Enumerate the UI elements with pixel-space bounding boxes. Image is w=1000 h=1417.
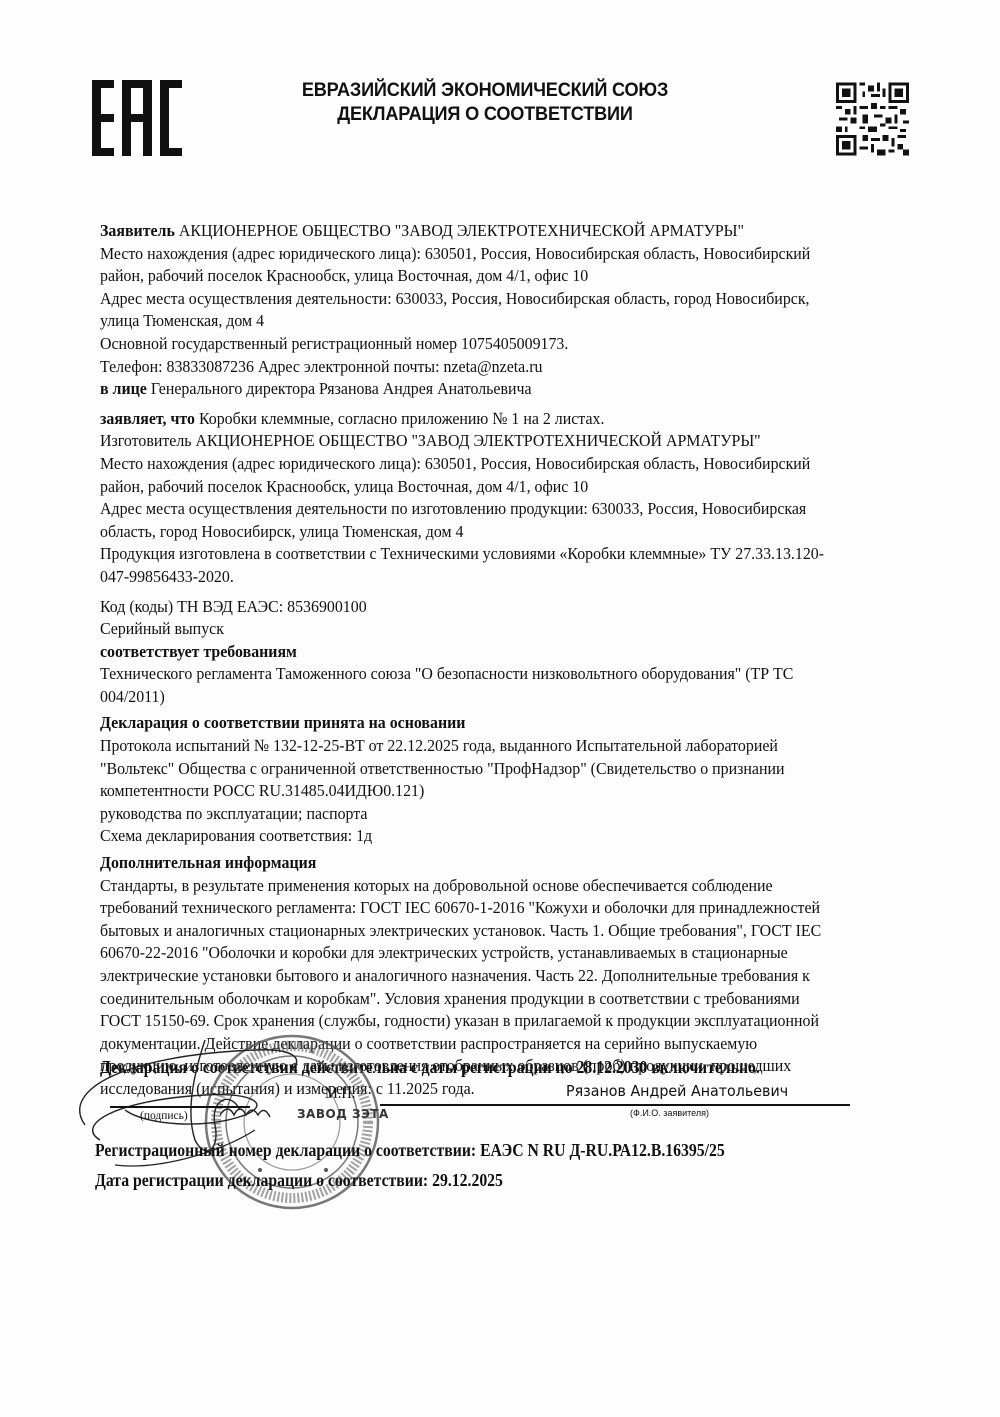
applicant-legal-address-cont: район, рабочий поселок Краснообск, улица… — [100, 265, 868, 288]
title-union: ЕВРАЗИЙСКИЙ ЭКОНОМИЧЕСКИЙ СОЮЗ — [266, 78, 703, 102]
conformity-heading: соответствует требованиям — [100, 641, 868, 664]
additional-line: электрические установки бытового и анало… — [100, 965, 868, 988]
registration-date: Дата регистрации декларации о соответств… — [95, 1170, 503, 1191]
basis-section: Декларация о соответствии принята на осн… — [100, 712, 930, 848]
represented-by: Генерального директора Рязанова Андрея А… — [147, 379, 532, 398]
document-title: ЕВРАЗИЙСКИЙ ЭКОНОМИЧЕСКИЙ СОЮЗ ДЕКЛАРАЦИ… — [266, 78, 703, 126]
signature-line — [110, 1106, 250, 1108]
registration-number: Регистрационный номер декларации о соотв… — [95, 1140, 725, 1161]
manufacturer-legal-address: Место нахождения (адрес юридического лиц… — [100, 453, 868, 476]
additional-line: 60670-22-2016 "Оболочки и коробки для эл… — [100, 942, 868, 965]
conformity-regulation: Технического регламента Таможенного союз… — [100, 663, 868, 686]
applicant-activity-address-cont: улица Тюменская, дом 4 — [100, 310, 868, 333]
declaration-body: Заявитель АКЦИОНЕРНОЕ ОБЩЕСТВО "ЗАВОД ЭЛ… — [100, 220, 930, 1101]
manufacturer-production-address: Адрес места осуществления деятельности п… — [100, 498, 868, 521]
applicant-activity-address: Адрес места осуществления деятельности: … — [100, 288, 868, 311]
manufacturer-legal-address-cont: район, рабочий поселок Краснообск, улица… — [100, 476, 868, 499]
additional-line: исследования (испытания) и измерения: с … — [100, 1078, 868, 1101]
additional-line: бытовых и аналогичных стационарных элект… — [100, 920, 868, 943]
manufacturer-production-address-cont: область, город Новосибирск, улица Тюменс… — [100, 521, 868, 544]
basis-certificate: компетентности РОСС RU.31485.04ИДЮ0.121) — [100, 780, 868, 803]
manufacturer-name: Изготовитель АКЦИОНЕРНОЕ ОБЩЕСТВО "ЗАВОД… — [100, 430, 868, 453]
declares-label: заявляет, что — [100, 409, 195, 428]
additional-line: Стандарты, в результате применения котор… — [100, 875, 868, 898]
release-type: Серийный выпуск — [100, 618, 868, 641]
signer-caption: (Ф.И.О. заявителя) — [630, 1108, 709, 1118]
spec-reference-cont: 047-99856433-2020. — [100, 566, 868, 589]
basis-lab: "Вольтекс" Общества с ограниченной ответ… — [100, 758, 868, 781]
additional-line: соединительным оболочкам и коробкам". Ус… — [100, 988, 868, 1011]
basis-docs: руководства по эксплуатации; паспорта — [100, 803, 868, 826]
conformity-regulation-cont: 004/2011) — [100, 686, 868, 709]
applicant-legal-address: Место нахождения (адрес юридического лиц… — [100, 243, 868, 266]
applicant-ogrn: Основной государственный регистрационный… — [100, 333, 868, 356]
product-info-section: Код (коды) ТН ВЭД ЕАЭС: 8536900100 Серий… — [100, 596, 930, 709]
product-description: Коробки клеммные, согласно приложению № … — [195, 409, 604, 428]
additional-line: ГОСТ 15150-69. Срок хранения (службы, го… — [100, 1010, 868, 1033]
title-declaration: ДЕКЛАРАЦИЯ О СООТВЕТСТВИИ — [266, 102, 703, 126]
tn-ved-code: Код (коды) ТН ВЭД ЕАЭС: 8536900100 — [100, 596, 868, 619]
additional-line: требований технического регламента: ГОСТ… — [100, 897, 868, 920]
signer-name-line — [380, 1104, 850, 1106]
additional-info-section: Дополнительная информация Стандарты, в р… — [100, 852, 930, 1101]
spec-reference: Продукция изготовлена в соответствии с Т… — [100, 543, 868, 566]
seal-company-name: ЗАВОД ЗЭТА — [297, 1107, 389, 1121]
basis-heading: Декларация о соответствии принята на осн… — [100, 712, 868, 735]
applicant-label: Заявитель — [100, 221, 175, 240]
declaration-scheme: Схема декларирования соответствия: 1д — [100, 825, 868, 848]
additional-line: продукцию, изготовленную с даты изготовл… — [100, 1055, 868, 1078]
applicant-name: АКЦИОНЕРНОЕ ОБЩЕСТВО "ЗАВОД ЭЛЕКТРОТЕХНИ… — [175, 221, 744, 240]
additional-line: документации. Действие декларации о соот… — [100, 1033, 868, 1056]
basis-protocol: Протокола испытаний № 132-12-25-ВТ от 22… — [100, 735, 868, 758]
additional-heading: Дополнительная информация — [100, 852, 868, 875]
eac-logo-icon — [92, 80, 182, 156]
manufacturer-section: заявляет, что Коробки клеммные, согласно… — [100, 408, 930, 589]
applicant-section: Заявитель АКЦИОНЕРНОЕ ОБЩЕСТВО "ЗАВОД ЭЛ… — [100, 220, 930, 401]
signature-caption: (подпись) — [140, 1110, 188, 1122]
represented-label: в лице — [100, 379, 147, 398]
qr-code-icon — [836, 82, 909, 156]
declaration-page: ЕВРАЗИЙСКИЙ ЭКОНОМИЧЕСКИЙ СОЮЗ ДЕКЛАРАЦИ… — [0, 0, 1000, 1417]
applicant-contacts: Телефон: 83833087236 Адрес электронной п… — [100, 356, 868, 379]
